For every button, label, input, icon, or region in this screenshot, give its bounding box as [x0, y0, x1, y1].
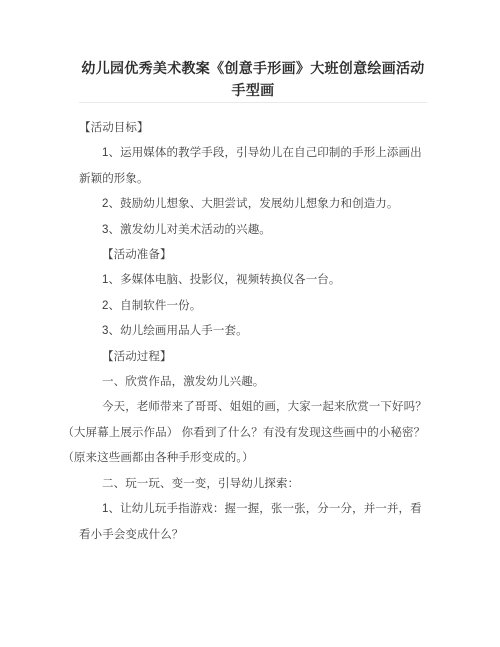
paragraph-line: 2、自制软件一份。 — [79, 294, 427, 319]
document-title-line-2: 手型画 — [79, 79, 427, 101]
paragraph-line: 1、多媒体电脑、投影仪，视频转换仪各一台。 — [79, 268, 427, 293]
document-title: 幼儿园优秀美术教案《创意手形画》大班创意绘画活动 手型画 — [79, 57, 427, 103]
document-page: 幼儿园优秀美术教案《创意手形画》大班创意绘画活动 手型画 【活动目标】1、运用媒… — [0, 0, 500, 647]
paragraph-line: 今天，老师带来了哥哥、姐姐的画，大家一起来欣赏一下好吗？ — [79, 395, 427, 420]
paragraph-line: 一、欣赏作品，激发幼儿兴趣。 — [79, 370, 427, 395]
document-title-line-1: 幼儿园优秀美术教案《创意手形画》大班创意绘画活动 — [79, 57, 427, 79]
paragraph-line: （大屏幕上展示作品） 你看到了什么？有没有发现这些画中的小秘密？ — [62, 421, 427, 446]
section-heading: 【活动过程】 — [79, 345, 427, 370]
paragraph-line: 看小手会变成什么？ — [79, 523, 427, 548]
document-body: 【活动目标】1、运用媒体的教学手段，引导幼儿在自己印制的手形上添画出新颖的形象。… — [79, 116, 427, 548]
paragraph-line: 3、幼儿绘画用品人手一套。 — [79, 319, 427, 344]
section-heading: 【活动目标】 — [79, 116, 427, 141]
section-heading: 【活动准备】 — [79, 243, 427, 268]
paragraph-line: 二、玩一玩、变一变，引导幼儿探索： — [79, 472, 427, 497]
paragraph-line: 新颖的形象。 — [79, 167, 427, 192]
paragraph-line: 3、激发幼儿对美术活动的兴趣。 — [79, 218, 427, 243]
paragraph-line: （原来这些画都由各种手形变成的。） — [62, 446, 427, 471]
paragraph-line: 1、运用媒体的教学手段，引导幼儿在自己印制的手形上添画出 — [79, 141, 427, 166]
paragraph-line: 1、让幼儿玩手指游戏：握一握，张一张，分一分，并一并，看 — [79, 497, 427, 522]
paragraph-line: 2、鼓励幼儿想象、大胆尝试，发展幼儿想象力和创造力。 — [79, 192, 427, 217]
